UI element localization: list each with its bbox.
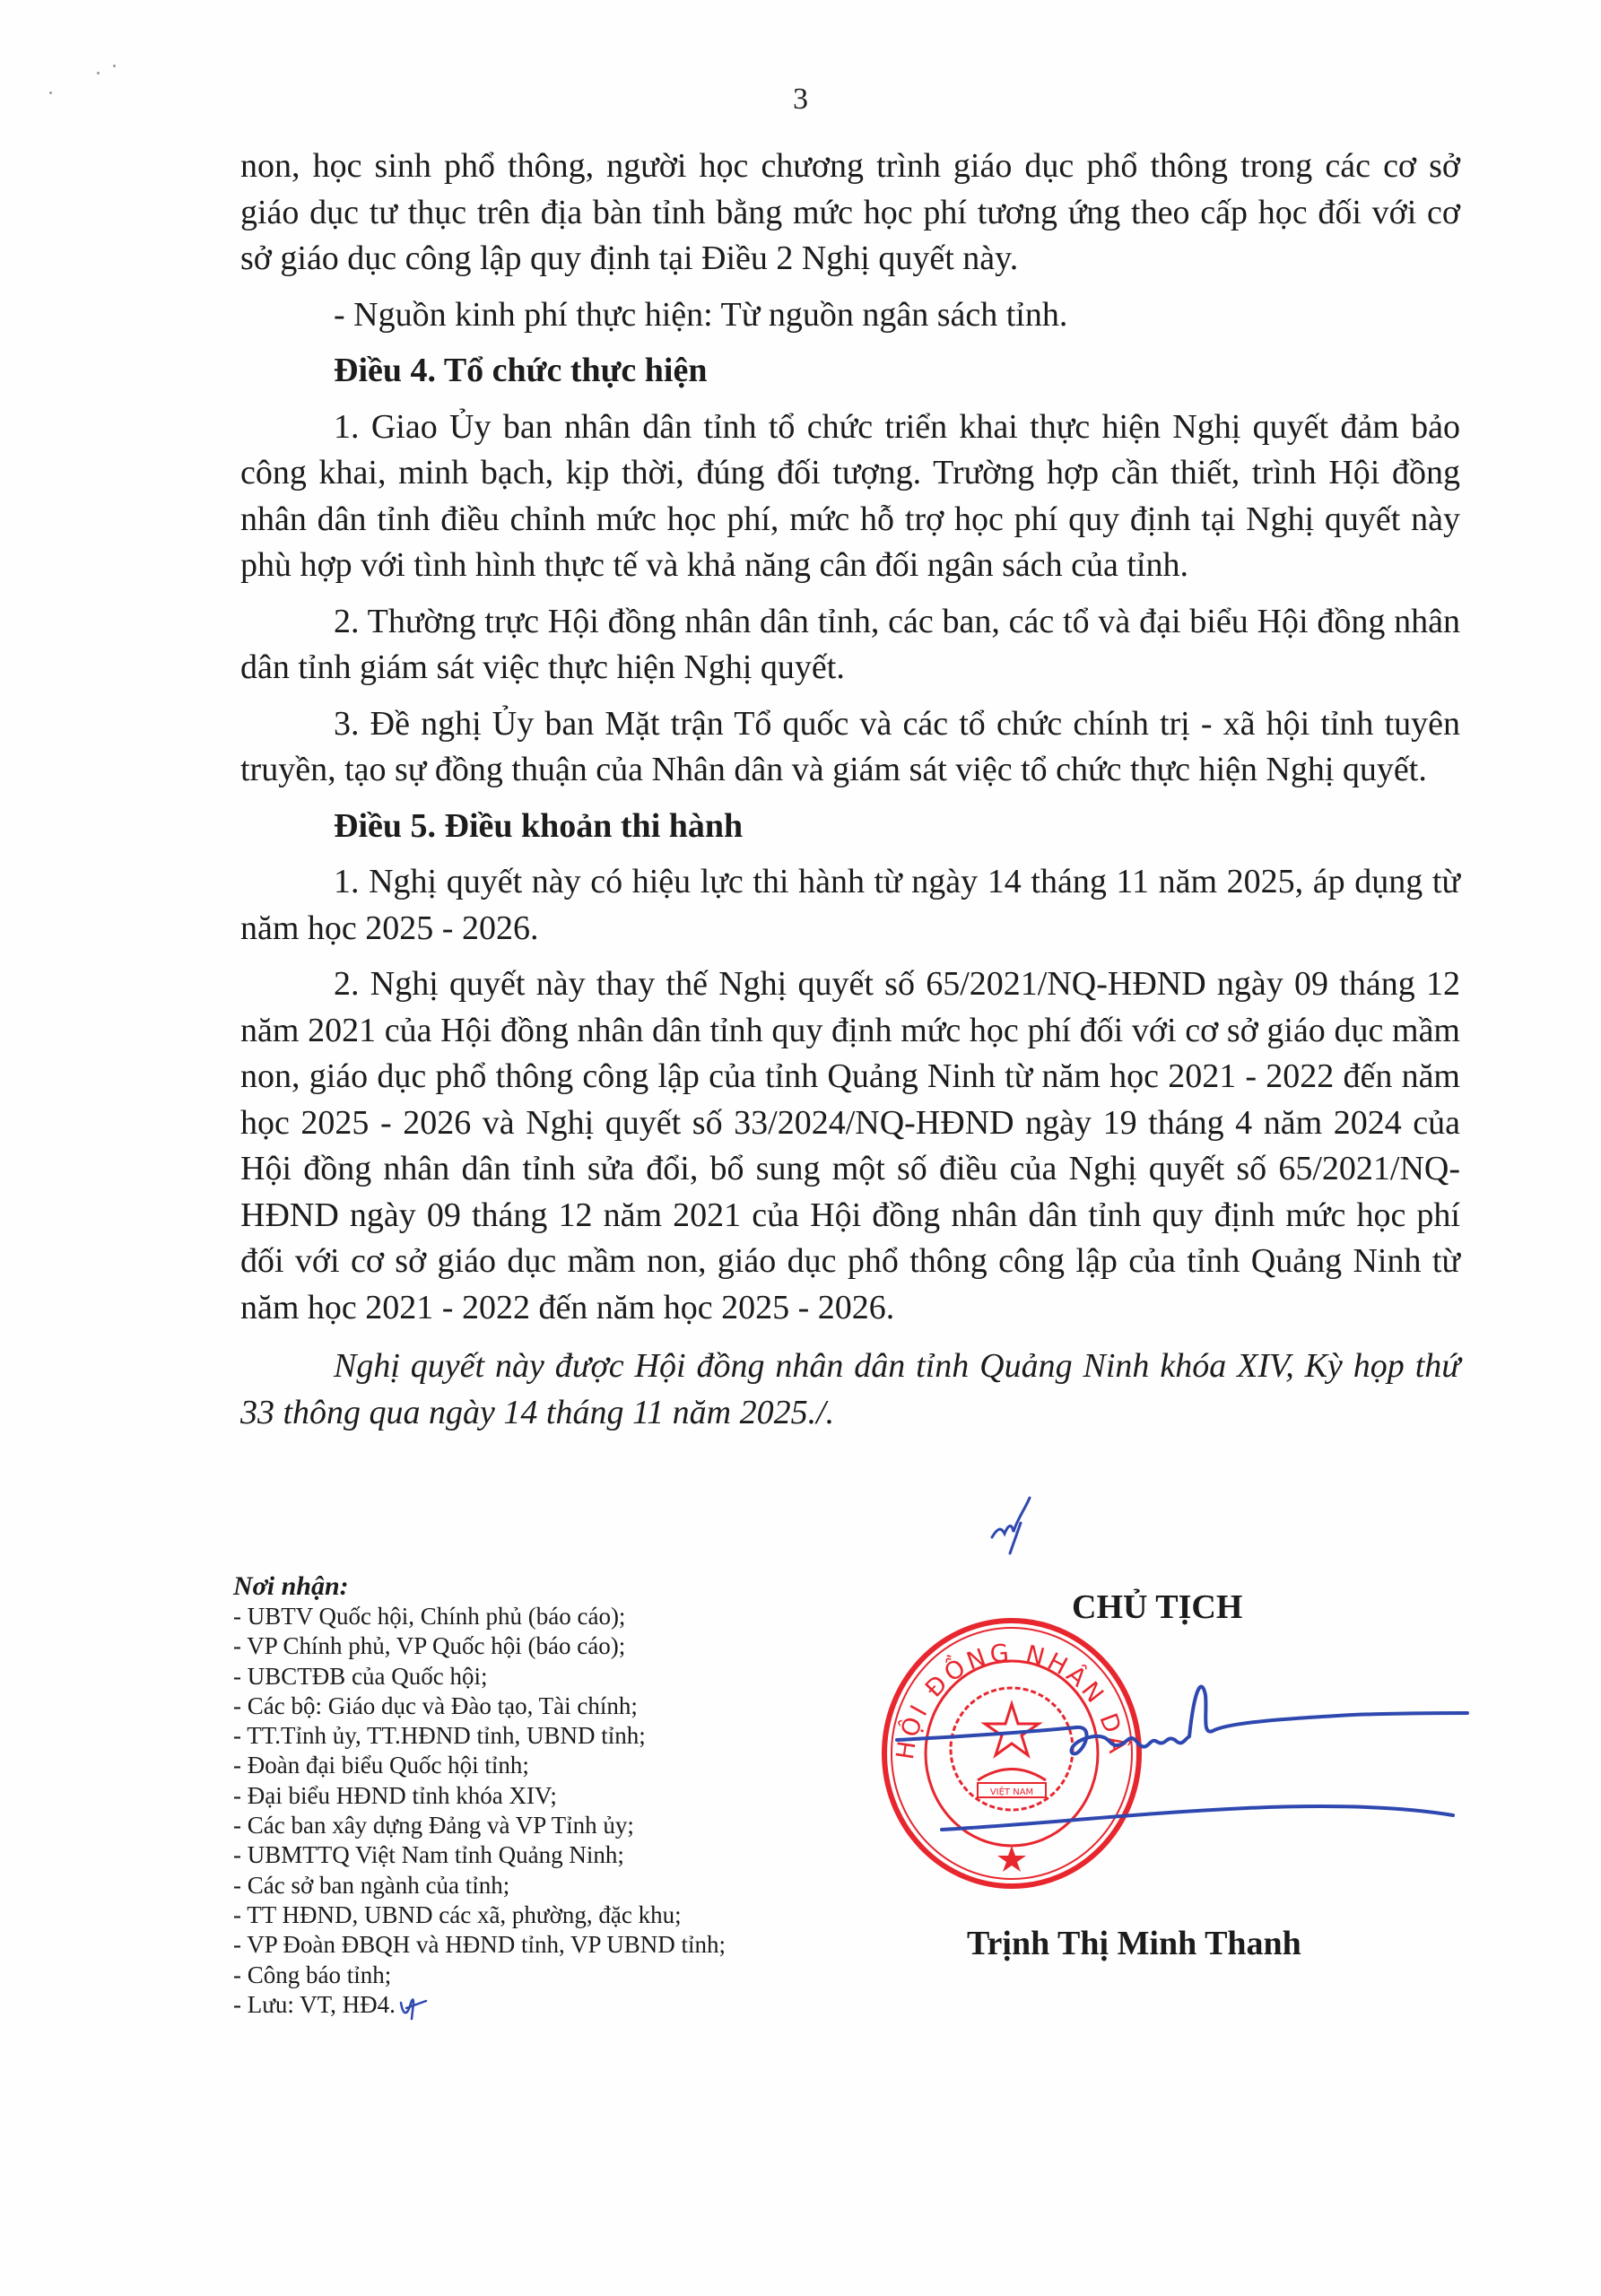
recipient-item: - Đoàn đại biểu Quốc hội tỉnh; <box>233 1751 861 1780</box>
article-5-heading: Điều 5. Điều khoản thi hành <box>240 804 1460 850</box>
recipient-item: - UBMTTQ Việt Nam tỉnh Quảng Ninh; <box>233 1840 861 1870</box>
scan-speck <box>97 72 100 74</box>
handwritten-initial-icon <box>397 1994 430 2021</box>
recipients-title: Nơi nhận: <box>233 1571 861 1602</box>
recipient-item: - Công báo tỉnh; <box>233 1961 861 1990</box>
recipient-item-text: - Lưu: VT, HĐ4. <box>233 1991 396 2018</box>
recipient-item: - UBTV Quốc hội, Chính phủ (báo cáo); <box>233 1602 861 1631</box>
funding-source: - Nguồn kinh phí thực hiện: Từ nguồn ngâ… <box>240 292 1460 339</box>
closing-statement: Nghị quyết này được Hội đồng nhân dân tỉ… <box>240 1344 1460 1436</box>
signature-block: HỘI ĐỒNG NHÂN DÂN TỈNH QUẢNG NINH VIỆT N… <box>861 1561 1507 2009</box>
recipient-item: - VP Đoàn ĐBQH và HĐND tỉnh, VP UBND tỉn… <box>233 1930 861 1960</box>
recipient-item: - Các ban xây dựng Đảng và VP Tỉnh ủy; <box>233 1811 861 1840</box>
recipient-item: - UBCTĐB của Quốc hội; <box>233 1662 861 1692</box>
handwritten-initial-icon <box>985 1492 1039 1555</box>
article-5-item: 1. Nghị quyết này có hiệu lực thi hành t… <box>240 859 1460 952</box>
signer-name: Trịnh Thị Minh Thanh <box>967 1924 1301 1963</box>
article-4-heading: Điều 4. Tổ chức thực hiện <box>240 348 1460 395</box>
article-4-item: 3. Đề nghị Ủy ban Mặt trận Tổ quốc và cá… <box>240 701 1460 794</box>
page-number: 3 <box>0 83 1601 117</box>
scan-speck <box>113 65 116 67</box>
document-body: non, học sinh phổ thông, người học chươn… <box>240 143 1460 1436</box>
article-4-item: 1. Giao Ủy ban nhân dân tỉnh tổ chức tri… <box>240 404 1460 589</box>
article-5-item: 2. Nghị quyết này thay thế Nghị quyết số… <box>240 961 1460 1331</box>
recipient-item: - VP Chính phủ, VP Quốc hội (báo cáo); <box>233 1631 861 1661</box>
article-4-item: 2. Thường trực Hội đồng nhân dân tỉnh, c… <box>240 599 1460 691</box>
recipients-block: Nơi nhận: - UBTV Quốc hội, Chính phủ (bá… <box>233 1571 861 2021</box>
recipient-item: - Các bộ: Giáo dục và Đào tạo, Tài chính… <box>233 1692 861 1721</box>
recipient-item: - Lưu: VT, HĐ4. <box>233 1990 861 2021</box>
handwritten-signature-icon <box>861 1561 1507 1857</box>
recipient-item: - Đại biểu HĐND tỉnh khóa XIV; <box>233 1781 861 1811</box>
recipient-item: - TT.Tỉnh ủy, TT.HĐND tỉnh, UBND tỉnh; <box>233 1721 861 1751</box>
recipient-item: - TT HĐND, UBND các xã, phường, đặc khu; <box>233 1900 861 1930</box>
recipient-item: - Các sở ban ngành của tỉnh; <box>233 1871 861 1900</box>
intro-paragraph: non, học sinh phổ thông, người học chươn… <box>240 143 1460 283</box>
recipients-list: - UBTV Quốc hội, Chính phủ (báo cáo); - … <box>233 1602 861 2021</box>
